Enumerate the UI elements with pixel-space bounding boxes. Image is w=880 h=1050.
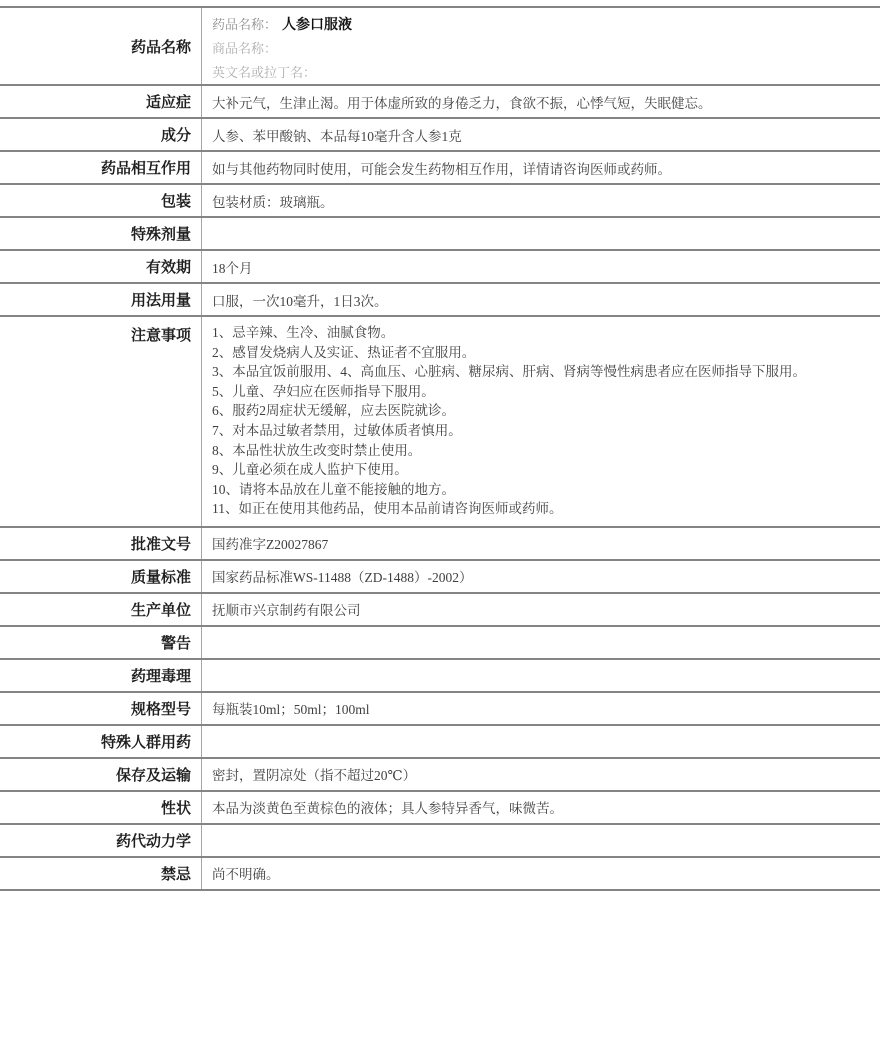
- row-label: 性状: [0, 792, 202, 823]
- row-label: 有效期: [0, 251, 202, 282]
- table-row: 保存及运输密封，置阴凉处（指不超过20℃）: [0, 759, 880, 792]
- row-label: 禁忌: [0, 858, 202, 889]
- value-text: 密封，置阴凉处（指不超过20℃）: [212, 764, 864, 784]
- table-row: 药品名称药品名称：人参口服液商品名称：英文名或拉丁名：: [0, 8, 880, 86]
- table-row: 禁忌尚不明确。: [0, 858, 880, 891]
- row-value: [202, 726, 880, 757]
- row-label: 药品名称: [0, 8, 202, 84]
- row-value: [202, 218, 880, 249]
- table-row: 适应症大补元气，生津止渴。用于体虚所致的身倦乏力，食欲不振，心悸气短，失眠健忘。: [0, 86, 880, 119]
- value-text: 每瓶装10ml；50ml；100ml: [212, 698, 864, 718]
- row-label: 包装: [0, 185, 202, 216]
- value-text: 人参、苯甲酸钠、本品每10毫升含人参1克: [212, 125, 864, 145]
- table-row: 注意事项1、忌辛辣、生冷、油腻食物。2、感冒发烧病人及实证、热证者不宜服用。3、…: [0, 317, 880, 528]
- note-item: 1、忌辛辣、生冷、油腻食物。: [212, 323, 864, 343]
- note-item: 5、儿童、孕妇应在医师指导下服用。: [212, 382, 864, 402]
- table-row: 警告: [0, 627, 880, 660]
- value-text: 本品为淡黄色至黄棕色的液体；具人参特异香气，味微苦。: [212, 797, 864, 817]
- note-item: 2、感冒发烧病人及实证、热证者不宜服用。: [212, 343, 864, 363]
- row-value: 大补元气，生津止渴。用于体虚所致的身倦乏力，食欲不振，心悸气短，失眠健忘。: [202, 86, 880, 117]
- table-row: 包装包装材质：玻璃瓶。: [0, 185, 880, 218]
- drug-info-table: 药品名称药品名称：人参口服液商品名称：英文名或拉丁名：适应症大补元气，生津止渴。…: [0, 6, 880, 891]
- row-value: 1、忌辛辣、生冷、油腻食物。2、感冒发烧病人及实证、热证者不宜服用。3、本品宜饭…: [202, 317, 880, 526]
- row-label: 警告: [0, 627, 202, 658]
- row-label: 特殊人群用药: [0, 726, 202, 757]
- table-row: 批准文号国药准字Z20027867: [0, 528, 880, 561]
- field-label: 药品名称：: [212, 17, 277, 32]
- value-text: 如与其他药物同时使用，可能会发生药物相互作用，详情请咨询医师或药师。: [212, 158, 864, 178]
- row-label: 用法用量: [0, 284, 202, 315]
- table-row: 生产单位抚顺市兴京制药有限公司: [0, 594, 880, 627]
- table-row: 质量标准国家药品标准WS-11488（ZD-1488）-2002）: [0, 561, 880, 594]
- table-row: 有效期18个月: [0, 251, 880, 284]
- row-value: 每瓶装10ml；50ml；100ml: [202, 693, 880, 724]
- value-text: 大补元气，生津止渴。用于体虚所致的身倦乏力，食欲不振，心悸气短，失眠健忘。: [212, 92, 864, 112]
- row-label: 成分: [0, 119, 202, 150]
- row-label: 规格型号: [0, 693, 202, 724]
- row-value: 药品名称：人参口服液商品名称：英文名或拉丁名：: [202, 8, 880, 84]
- value-text: 包装材质：玻璃瓶。: [212, 191, 864, 211]
- table-row: 特殊剂量: [0, 218, 880, 251]
- row-label: 质量标准: [0, 561, 202, 592]
- table-row: 成分人参、苯甲酸钠、本品每10毫升含人参1克: [0, 119, 880, 152]
- row-value: 如与其他药物同时使用，可能会发生药物相互作用，详情请咨询医师或药师。: [202, 152, 880, 183]
- value-text: 国家药品标准WS-11488（ZD-1488）-2002）: [212, 566, 864, 586]
- row-label: 保存及运输: [0, 759, 202, 790]
- row-label: 药理毒理: [0, 660, 202, 691]
- row-value: 抚顺市兴京制药有限公司: [202, 594, 880, 625]
- note-item: 10、请将本品放在儿童不能接触的地方。: [212, 480, 864, 500]
- note-item: 9、儿童必须在成人监护下使用。: [212, 460, 864, 480]
- note-item: 11、如正在使用其他药品，使用本品前请咨询医师或药师。: [212, 499, 864, 519]
- value-text: 尚不明确。: [212, 863, 864, 883]
- name-line: 商品名称：: [212, 37, 864, 61]
- name-line: 药品名称：人参口服液: [212, 13, 864, 37]
- row-value: 包装材质：玻璃瓶。: [202, 185, 880, 216]
- row-label: 生产单位: [0, 594, 202, 625]
- table-row: 药理毒理: [0, 660, 880, 693]
- row-label: 药品相互作用: [0, 152, 202, 183]
- row-value: 国家药品标准WS-11488（ZD-1488）-2002）: [202, 561, 880, 592]
- row-value: 本品为淡黄色至黄棕色的液体；具人参特异香气，味微苦。: [202, 792, 880, 823]
- table-row: 药品相互作用如与其他药物同时使用，可能会发生药物相互作用，详情请咨询医师或药师。: [0, 152, 880, 185]
- table-row: 药代动力学: [0, 825, 880, 858]
- value-text: 18个月: [212, 257, 864, 277]
- name-line: 英文名或拉丁名：: [212, 61, 864, 85]
- note-item: 7、对本品过敏者禁用，过敏体质者慎用。: [212, 421, 864, 441]
- row-label: 注意事项: [0, 317, 202, 526]
- field-label: 英文名或拉丁名：: [212, 65, 316, 80]
- row-label: 适应症: [0, 86, 202, 117]
- field-label: 商品名称：: [212, 41, 277, 56]
- row-value: 尚不明确。: [202, 858, 880, 889]
- value-text: 国药准字Z20027867: [212, 533, 864, 553]
- row-value: [202, 660, 880, 691]
- value-text: 抚顺市兴京制药有限公司: [212, 599, 864, 619]
- table-row: 特殊人群用药: [0, 726, 880, 759]
- note-item: 3、本品宜饭前服用、4、高血压、心脏病、糖尿病、肝病、肾病等慢性病患者应在医师指…: [212, 362, 864, 382]
- value-text: 口服，一次10毫升，1日3次。: [212, 290, 864, 310]
- table-row: 用法用量口服，一次10毫升，1日3次。: [0, 284, 880, 317]
- row-label: 药代动力学: [0, 825, 202, 856]
- table-row: 规格型号每瓶装10ml；50ml；100ml: [0, 693, 880, 726]
- field-value: 人参口服液: [282, 18, 352, 33]
- row-value: [202, 627, 880, 658]
- row-label: 批准文号: [0, 528, 202, 559]
- row-value: 人参、苯甲酸钠、本品每10毫升含人参1克: [202, 119, 880, 150]
- row-value: 密封，置阴凉处（指不超过20℃）: [202, 759, 880, 790]
- table-row: 性状本品为淡黄色至黄棕色的液体；具人参特异香气，味微苦。: [0, 792, 880, 825]
- row-value: 口服，一次10毫升，1日3次。: [202, 284, 880, 315]
- row-label: 特殊剂量: [0, 218, 202, 249]
- row-value: [202, 825, 880, 856]
- note-item: 8、本品性状放生改变时禁止使用。: [212, 441, 864, 461]
- note-item: 6、服药2周症状无缓解，应去医院就诊。: [212, 401, 864, 421]
- row-value: 国药准字Z20027867: [202, 528, 880, 559]
- row-value: 18个月: [202, 251, 880, 282]
